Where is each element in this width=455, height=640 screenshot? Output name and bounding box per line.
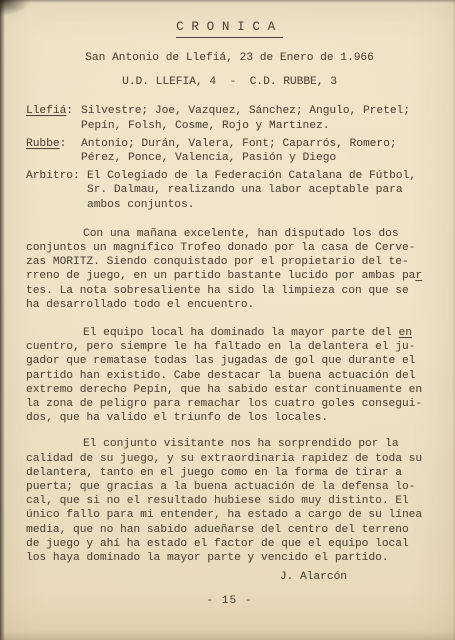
- line-text: calidad de su juego, y su extraordinaria…: [26, 453, 422, 465]
- paragraph-line: media, que no han sabido adueñarse del c…: [26, 523, 433, 537]
- line-text: El conjunto visitante nos ha sorprendido…: [83, 438, 399, 450]
- page-title: CRONICA: [26, 20, 433, 35]
- paragraph-line: El conjunto visitante nos ha sorprendido…: [26, 437, 433, 451]
- paragraph-line: zas MORITZ. Siendo conquistado por el pr…: [26, 255, 433, 269]
- line-text: ha desarrollado todo el encuentro.: [26, 299, 254, 311]
- scan-edge-top: [0, 0, 455, 3]
- line-text: los haya dominado la mayor parte y venci…: [26, 552, 389, 564]
- document-content: CRONICA San Antonio de Llefiá, 23 de Ene…: [0, 0, 455, 608]
- paragraph: El equipo local ha dominado la mayor par…: [26, 326, 433, 425]
- paragraph-line: rreno de juego, en un partido bastante l…: [26, 269, 433, 283]
- paragraph-line: Con una mañana excelente, han disputado …: [26, 227, 433, 241]
- underlined-text: r: [415, 270, 422, 282]
- lineup-text: Silvestre; Joe, Vazquez, Sánchez; Angulo…: [81, 104, 433, 132]
- line-text: cal, que si no el resultado hubiese sido…: [26, 495, 409, 507]
- paragraph-line: dos, que ha valido el triunfo de los loc…: [26, 411, 433, 425]
- line-text: cuentro, pero siempre le ha faltado en l…: [26, 341, 415, 353]
- line-text: Con una mañana excelente, han disputado …: [83, 228, 399, 240]
- line-text: extremo derecho Pepín, que ha sabido est…: [26, 384, 422, 396]
- paragraph-line: cal, que si no el resultado hubiese sido…: [26, 494, 433, 508]
- page-number: - 15 -: [26, 594, 433, 608]
- line-text: partido han existido. Cabe destacar la b…: [26, 370, 415, 382]
- line-text: conjuntos un magnífico Trofeo donado por…: [26, 242, 415, 254]
- lineup-item: Llefiá:Silvestre; Joe, Vazquez, Sánchez;…: [26, 104, 433, 132]
- scan-edge-bottom: [0, 631, 455, 640]
- lineup-line: Silvestre; Joe, Vazquez, Sánchez; Angulo…: [81, 104, 433, 118]
- lineup-text: Antonio; Durán, Valera, Font; Caparrós, …: [81, 137, 433, 165]
- dateline: San Antonio de Llefiá, 23 de Enero de 1.…: [26, 51, 433, 65]
- line-text: El equipo local ha dominado la mayor par…: [83, 327, 399, 339]
- paragraph-line: de juego y ahí ha estado el factor de qu…: [26, 537, 433, 551]
- paragraph-line: la zona de peligro para remachar los cua…: [26, 397, 433, 411]
- paragraph-line: cuentro, pero siempre le ha faltado en l…: [26, 340, 433, 354]
- paragraph-line: los haya dominado la mayor parte y venci…: [26, 551, 433, 565]
- scan-edge-left: [0, 0, 5, 640]
- lineup-line: Pepín, Folsh, Cosme, Rojo y Martinez.: [81, 119, 433, 133]
- paragraph-line: El equipo local ha dominado la mayor par…: [26, 326, 433, 340]
- line-text: único fallo para mi entender, ha estado …: [26, 509, 422, 521]
- paragraph-line: partido han existido. Cabe destacar la b…: [26, 369, 433, 383]
- line-text: dos, que ha valido el triunfo de los loc…: [26, 412, 328, 424]
- lineup-label: Arbitro:: [26, 169, 87, 212]
- line-text: puerta; que gracias a la buena actuación…: [26, 481, 415, 493]
- paragraph: Con una mañana excelente, han disputado …: [26, 227, 433, 312]
- lineup-line: El Colegiado de la Federación Catalana d…: [87, 169, 433, 183]
- paragraph-line: calidad de su juego, y su extraordinaria…: [26, 452, 433, 466]
- lineup-line: ambos conjuntos.: [87, 198, 433, 212]
- paragraph-line: tes. La nota sobresaliente ha sido la li…: [26, 284, 433, 298]
- lineup-item: Arbitro:El Colegiado de la Federación Ca…: [26, 169, 433, 212]
- paragraph-line: conjuntos un magnífico Trofeo donado por…: [26, 241, 433, 255]
- scan-corner-shadow: [0, 0, 30, 16]
- line-text: media, que no han sabido adueñarse del c…: [26, 524, 409, 536]
- paragraph-line: ha desarrollado todo el encuentro.: [26, 298, 433, 312]
- line-text: zas MORITZ. Siendo conquistado por el pr…: [26, 256, 409, 268]
- lineup-line: Pérez, Ponce, Valencia, Pasión y Diego: [81, 151, 433, 165]
- line-text: de juego y ahí ha estado el factor de qu…: [26, 538, 409, 550]
- lineup-label-text: Rubbe: [26, 138, 60, 150]
- line-text: rreno de juego, en un partido bastante l…: [26, 270, 415, 282]
- line-text: tes. La nota sobresaliente ha sido la li…: [26, 285, 409, 297]
- lineup-list: Llefiá:Silvestre; Joe, Vazquez, Sánchez;…: [26, 104, 433, 211]
- underlined-text: en: [399, 327, 412, 339]
- scanned-page: CRONICA San Antonio de Llefiá, 23 de Ene…: [0, 0, 455, 640]
- lineup-line: Sr. Dalmau, realizando una labor aceptab…: [87, 183, 433, 197]
- paragraph-line: puerta; que gracias a la buena actuación…: [26, 480, 433, 494]
- body-paragraphs: Con una mañana excelente, han disputado …: [26, 227, 433, 565]
- page-title-text: CRONICA: [176, 20, 283, 38]
- paragraph-line: extremo derecho Pepín, que ha sabido est…: [26, 383, 433, 397]
- match-scoreline: U.D. LLEFIA, 4 - C.D. RUBBE, 3: [26, 75, 433, 89]
- author-signature: J. Alarcón: [26, 570, 433, 584]
- lineup-text: El Colegiado de la Federación Catalana d…: [87, 169, 433, 212]
- paragraph-line: único fallo para mi entender, ha estado …: [26, 508, 433, 522]
- lineup-item: Rubbe:Antonio; Durán, Valera, Font; Capa…: [26, 137, 433, 165]
- paragraph-line: delantera, tanto en el juego como en la …: [26, 466, 433, 480]
- line-text: gador que rematase todas las jugadas de …: [26, 355, 415, 367]
- lineup-line: Antonio; Durán, Valera, Font; Caparrós, …: [81, 137, 433, 151]
- line-text: la zona de peligro para remachar los cua…: [26, 398, 422, 410]
- paragraph: El conjunto visitante nos ha sorprendido…: [26, 437, 433, 565]
- line-text: delantera, tanto en el juego como en la …: [26, 467, 402, 479]
- lineup-label: Llefiá:: [26, 104, 81, 132]
- lineup-label-text: Llefiá: [26, 105, 66, 117]
- paragraph-line: gador que rematase todas las jugadas de …: [26, 354, 433, 368]
- lineup-label: Rubbe:: [26, 137, 81, 165]
